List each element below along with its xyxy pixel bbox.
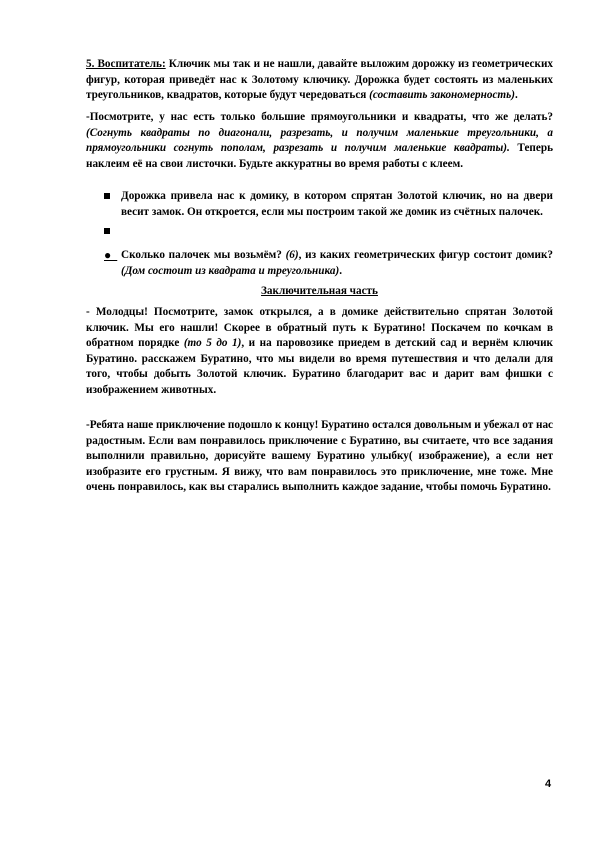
list-item xyxy=(86,224,553,240)
paragraph-educator-task: 5. Воспитатель: Ключик мы так и не нашли… xyxy=(86,57,553,104)
document-page: 5. Воспитатель: Ключик мы так и не нашли… xyxy=(0,0,595,842)
paragraph-instructions: -Посмотрите, у нас есть только большие п… xyxy=(86,110,553,172)
square-bullet-icon xyxy=(104,228,110,234)
square-bullet-icon xyxy=(104,193,110,199)
list-item: Дорожка привела нас к домику, в котором … xyxy=(86,189,553,221)
paragraph-conclusion: - Молодцы! Посмотрите, замок открылся, а… xyxy=(86,305,553,399)
list-item: ● Сколько палочек мы возьмём? (6), из ка… xyxy=(86,248,553,280)
paragraph-ending: -Ребята наше приключение подошло к концу… xyxy=(86,418,553,496)
page-number: 4 xyxy=(545,778,551,790)
paragraph-label: 5. Воспитатель: xyxy=(86,58,166,70)
bullet-icon: ● xyxy=(104,248,117,264)
section-heading: Заключительная часть xyxy=(86,285,553,297)
